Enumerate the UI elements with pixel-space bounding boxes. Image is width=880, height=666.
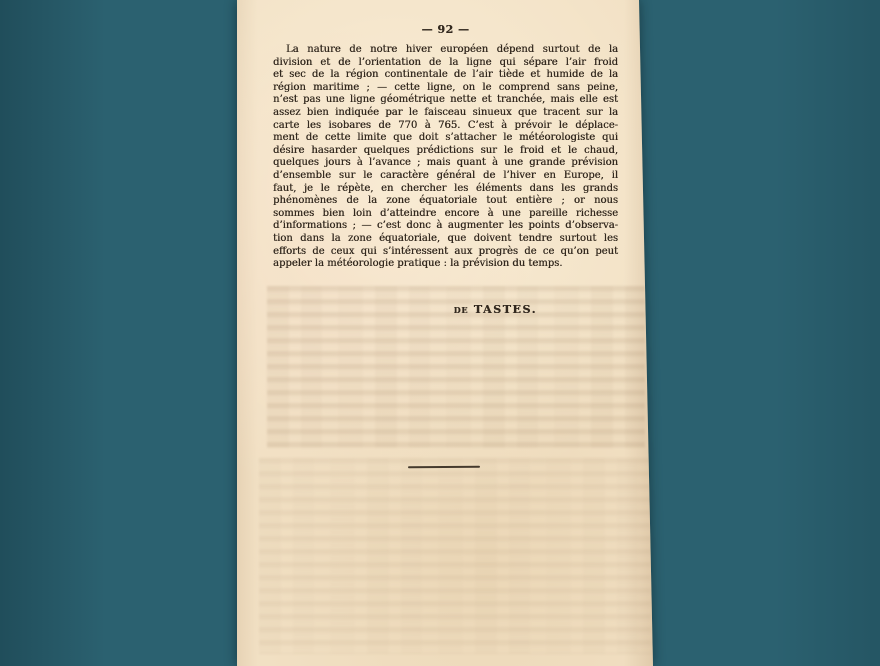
text-line: efforts de ceux qui s’intéressent aux pr… [273, 246, 618, 259]
text-line: et sec de la région continentale de l’ai… [273, 69, 618, 82]
text-line: carte les isobares de 770 à 765. C’est à… [273, 120, 618, 133]
signature-name: TASTES. [474, 303, 537, 316]
text-line: appeler la météorologie pratique : la pr… [273, 258, 618, 271]
text-line: tion dans la zone équatoriale, que doive… [273, 233, 618, 246]
text-line: La nature de notre hiver européen dépend… [273, 44, 618, 57]
paragraph: La nature de notre hiver européen dépend… [273, 44, 618, 271]
book-page: — 92 — La nature de notre hiver européen… [237, 0, 653, 666]
author-signature: DE TASTES. [273, 298, 537, 317]
text-line: phénomènes de la zone équatoriale tout e… [273, 195, 618, 208]
text-line: d’informations ; — c’est donc à augmente… [273, 220, 618, 233]
text-line: sommes bien loin d’atteindre encore à un… [273, 208, 618, 221]
signature-particle: DE [454, 305, 469, 315]
text-line: ment de cette limite que doit s’attacher… [273, 132, 618, 145]
text-line: quelques jours à l’avance ; mais quant à… [273, 157, 618, 170]
show-through-texture [259, 458, 651, 654]
page-shadow-wrapper: — 92 — La nature de notre hiver européen… [237, 0, 653, 666]
page-number: — 92 — [273, 23, 618, 36]
text-line: d’ensemble sur le caractère général de l… [273, 170, 618, 183]
text-line: n’est pas une ligne géométrique nette et… [273, 94, 618, 107]
text-line: région maritime ; — cette ligne, on le c… [273, 82, 618, 95]
text-line: désire hasarder quelques prédictions sur… [273, 145, 618, 158]
text-line: division et de l’orientation de la ligne… [273, 57, 618, 70]
text-line: assez bien indiquée par le faisceau sinu… [273, 107, 618, 120]
text-line: faut, je le répète, en chercher les élém… [273, 183, 618, 196]
